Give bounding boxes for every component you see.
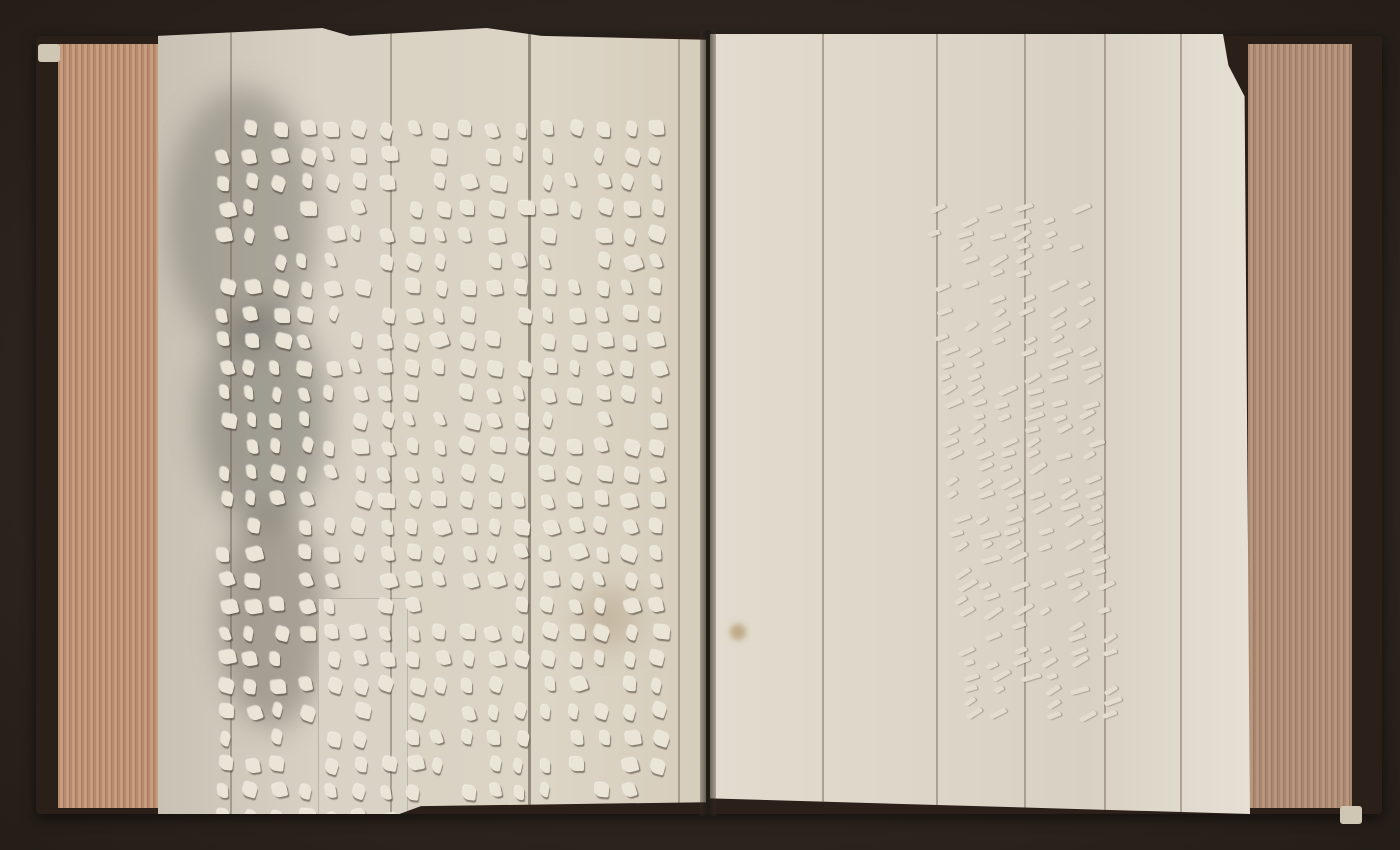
faint-mark — [983, 605, 1002, 620]
script-glyph — [651, 467, 667, 484]
script-glyph — [597, 466, 613, 482]
script-glyph — [324, 441, 335, 456]
faint-mark — [992, 336, 1005, 345]
script-glyph — [519, 201, 535, 215]
script-glyph — [218, 784, 228, 798]
faint-mark — [1012, 229, 1031, 243]
script-glyph — [405, 253, 423, 271]
faint-mark — [1010, 580, 1030, 592]
script-glyph — [647, 331, 664, 348]
script-glyph — [486, 546, 498, 562]
faint-mark — [945, 490, 957, 500]
faint-mark — [1031, 502, 1050, 515]
script-glyph — [270, 729, 283, 745]
script-glyph — [570, 573, 584, 589]
script-glyph — [405, 467, 418, 483]
script-glyph — [571, 625, 585, 639]
script-glyph — [622, 782, 637, 799]
faint-mark — [989, 253, 1007, 267]
script-glyph — [436, 650, 451, 666]
script-glyph — [490, 782, 503, 798]
faint-mark — [978, 462, 994, 473]
script-glyph — [620, 493, 638, 510]
script-glyph — [544, 571, 560, 587]
cover-corner — [1340, 806, 1362, 824]
faint-mark — [979, 581, 991, 590]
faint-mark — [941, 361, 954, 369]
script-glyph — [378, 334, 393, 350]
script-glyph — [459, 436, 476, 453]
faint-mark — [1082, 425, 1094, 436]
faint-mark — [1005, 539, 1021, 551]
script-glyph — [622, 279, 634, 295]
script-glyph — [325, 281, 343, 298]
faint-mark — [977, 490, 994, 500]
left-page — [158, 28, 706, 814]
faint-mark — [989, 707, 1008, 720]
faint-mark — [985, 204, 1001, 213]
faint-mark — [1060, 488, 1077, 501]
script-glyph — [408, 755, 426, 772]
script-glyph — [461, 173, 479, 191]
faint-mark — [993, 307, 1005, 317]
faint-mark — [927, 230, 940, 239]
script-glyph — [245, 598, 263, 614]
script-glyph — [462, 518, 477, 533]
script-glyph — [514, 386, 525, 401]
faint-mark — [992, 668, 1011, 682]
faint-mark — [1003, 527, 1019, 537]
script-glyph — [299, 705, 317, 723]
faint-mark — [1056, 422, 1072, 434]
script-glyph — [462, 786, 476, 801]
script-glyph — [381, 412, 395, 429]
script-glyph — [623, 305, 638, 320]
script-glyph — [246, 758, 261, 774]
script-glyph — [597, 282, 609, 297]
script-glyph — [652, 730, 671, 748]
faint-mark — [993, 685, 1004, 694]
faint-mark — [1005, 516, 1024, 526]
faint-mark — [954, 540, 969, 552]
script-glyph — [650, 546, 661, 561]
faint-mark — [956, 230, 974, 240]
faint-mark — [1029, 461, 1046, 475]
script-glyph — [651, 702, 668, 719]
script-glyph — [433, 678, 447, 694]
faint-mark — [1079, 345, 1096, 357]
script-glyph — [296, 361, 313, 377]
script-glyph — [569, 279, 581, 295]
faint-mark — [991, 320, 1010, 334]
script-glyph — [598, 385, 611, 400]
script-glyph — [378, 359, 393, 374]
script-glyph — [460, 625, 475, 639]
script-glyph — [542, 334, 557, 349]
script-glyph — [540, 705, 550, 720]
script-glyph — [593, 571, 605, 587]
faint-mark — [963, 673, 979, 683]
script-glyph — [592, 517, 607, 534]
faint-mark — [941, 383, 957, 396]
faint-mark — [1041, 242, 1052, 250]
faint-mark — [997, 384, 1016, 396]
script-glyph — [350, 120, 367, 137]
script-glyph — [407, 307, 424, 324]
script-glyph — [570, 599, 583, 615]
script-glyph — [245, 386, 254, 401]
script-glyph — [459, 384, 474, 400]
script-glyph — [488, 464, 505, 481]
script-glyph — [540, 651, 556, 668]
book-gutter — [700, 30, 716, 816]
script-glyph — [408, 438, 419, 453]
faint-mark — [1069, 243, 1083, 252]
script-glyph — [244, 120, 258, 136]
script-glyph — [514, 147, 523, 161]
faint-mark — [964, 321, 978, 333]
script-glyph — [594, 650, 605, 665]
script-glyph — [435, 254, 447, 270]
script-glyph — [490, 650, 506, 667]
faint-mark — [1039, 644, 1050, 653]
script-glyph — [408, 490, 423, 507]
faint-mark — [1048, 358, 1068, 370]
faint-mark — [1025, 425, 1040, 433]
script-glyph — [462, 705, 476, 721]
script-glyph — [274, 309, 289, 323]
script-glyph — [512, 626, 524, 641]
script-glyph — [459, 333, 476, 350]
faint-mark — [954, 513, 972, 523]
script-glyph — [542, 175, 554, 191]
faint-mark — [1081, 360, 1100, 370]
faint-mark — [1049, 374, 1067, 384]
script-glyph — [486, 332, 501, 347]
script-glyph — [515, 786, 524, 800]
faint-mark — [998, 413, 1011, 422]
script-glyph — [596, 307, 609, 323]
script-glyph — [433, 359, 445, 373]
script-glyph — [325, 175, 341, 192]
script-glyph — [490, 254, 502, 268]
script-glyph — [488, 571, 507, 589]
script-glyph — [462, 280, 476, 294]
script-glyph — [353, 173, 367, 188]
script-glyph — [517, 124, 526, 138]
script-glyph — [406, 279, 421, 294]
script-glyph — [459, 228, 471, 243]
faint-mark — [985, 631, 1002, 642]
script-glyph — [542, 388, 557, 404]
script-glyph — [619, 545, 639, 564]
faint-mark — [1085, 474, 1101, 485]
script-glyph — [598, 173, 611, 189]
script-glyph — [648, 306, 660, 321]
script-glyph — [518, 361, 532, 377]
faint-mark — [955, 567, 972, 581]
script-glyph — [620, 173, 635, 190]
stain — [218, 508, 328, 728]
script-glyph — [624, 229, 637, 245]
faint-mark — [1029, 400, 1043, 409]
faint-mark — [1059, 477, 1071, 485]
faint-mark — [964, 659, 976, 667]
faint-mark — [980, 555, 1000, 565]
faint-mark — [1069, 620, 1084, 632]
script-glyph — [272, 781, 288, 798]
script-glyph — [435, 227, 447, 243]
script-glyph — [245, 491, 255, 506]
script-glyph — [325, 252, 337, 268]
faint-mark — [1000, 476, 1020, 490]
left-page-block-edge — [58, 44, 168, 808]
script-glyph — [624, 677, 637, 692]
faint-mark — [985, 661, 998, 671]
script-glyph — [491, 176, 508, 192]
script-glyph — [302, 173, 312, 188]
script-glyph — [325, 600, 335, 614]
script-glyph — [300, 412, 309, 426]
right-page — [710, 34, 1250, 814]
script-glyph — [626, 121, 638, 136]
script-glyph — [408, 120, 421, 136]
script-glyph — [512, 492, 524, 507]
faint-mark — [1091, 530, 1105, 541]
script-glyph — [383, 521, 394, 536]
script-glyph — [355, 386, 369, 402]
script-glyph — [382, 440, 396, 456]
script-glyph — [487, 280, 503, 296]
stain — [730, 624, 746, 640]
faint-mark — [1024, 411, 1044, 422]
script-glyph — [567, 440, 581, 455]
script-glyph — [650, 121, 665, 136]
right-page-block-edge — [1248, 44, 1352, 808]
faint-mark — [1050, 320, 1065, 331]
faint-mark — [945, 426, 959, 437]
script-glyph — [270, 414, 281, 428]
script-glyph — [381, 653, 395, 668]
script-glyph — [409, 202, 423, 218]
script-glyph — [217, 547, 229, 561]
script-glyph — [463, 573, 479, 590]
script-glyph — [625, 201, 641, 216]
faint-mark — [1086, 490, 1104, 500]
script-glyph — [323, 386, 334, 401]
faint-mark — [1053, 347, 1073, 358]
script-glyph — [625, 730, 642, 746]
script-glyph — [598, 547, 609, 562]
script-glyph — [242, 781, 259, 798]
script-glyph — [325, 573, 339, 589]
script-glyph — [437, 202, 451, 217]
faint-mark — [1047, 672, 1058, 680]
script-glyph — [247, 439, 258, 454]
script-glyph — [622, 756, 640, 773]
faint-mark — [1079, 710, 1097, 723]
script-glyph — [327, 361, 342, 377]
script-glyph — [569, 120, 584, 137]
script-glyph — [621, 385, 637, 401]
script-glyph — [597, 198, 615, 216]
script-glyph — [354, 491, 373, 509]
script-glyph — [432, 546, 446, 562]
script-glyph — [490, 438, 506, 453]
script-glyph — [351, 198, 366, 215]
faint-mark — [1026, 449, 1040, 459]
faint-mark — [930, 203, 947, 215]
script-glyph — [513, 702, 528, 719]
script-glyph — [622, 705, 637, 722]
script-glyph — [219, 467, 229, 482]
script-glyph — [243, 679, 256, 694]
script-glyph — [650, 279, 662, 294]
script-glyph — [490, 756, 503, 772]
script-glyph — [461, 201, 474, 215]
script-glyph — [569, 543, 589, 561]
script-glyph — [648, 649, 665, 666]
faint-mark — [969, 421, 985, 435]
fold-line — [822, 34, 824, 814]
script-glyph — [652, 414, 668, 429]
script-glyph — [460, 359, 478, 376]
script-glyph — [324, 123, 340, 137]
faint-mark — [1008, 488, 1025, 498]
script-glyph — [593, 703, 610, 720]
script-glyph — [650, 573, 662, 589]
faint-mark — [968, 373, 981, 382]
script-glyph — [378, 467, 391, 483]
fold-line — [1180, 34, 1182, 814]
faint-mark — [961, 216, 978, 228]
script-glyph — [270, 679, 286, 694]
script-glyph — [568, 705, 579, 720]
script-glyph — [383, 147, 399, 162]
faint-mark — [1039, 527, 1054, 536]
script-glyph — [489, 201, 506, 217]
script-glyph — [434, 411, 447, 427]
faint-mark — [1064, 513, 1083, 528]
script-glyph — [540, 545, 551, 560]
script-glyph — [406, 571, 422, 587]
faint-mark — [1011, 218, 1031, 228]
script-glyph — [351, 517, 367, 534]
cover-corner — [38, 44, 60, 62]
faint-mark — [1045, 230, 1057, 239]
script-glyph — [274, 123, 288, 137]
faint-mark — [1060, 502, 1080, 512]
script-glyph — [380, 255, 394, 271]
faint-mark — [958, 241, 971, 252]
faint-mark — [1005, 503, 1017, 512]
script-glyph — [406, 653, 418, 668]
faint-mark — [1070, 686, 1090, 696]
faint-mark — [947, 449, 963, 461]
script-glyph — [459, 121, 472, 135]
script-glyph — [570, 756, 584, 770]
script-glyph — [379, 386, 392, 401]
faint-mark — [1042, 216, 1055, 225]
script-glyph — [461, 307, 476, 323]
script-glyph — [620, 362, 634, 377]
script-glyph — [355, 280, 372, 297]
script-glyph — [571, 731, 583, 746]
script-glyph — [565, 467, 583, 484]
faint-mark — [972, 437, 984, 446]
faint-mark — [1056, 452, 1071, 461]
faint-mark — [1075, 318, 1090, 331]
script-glyph — [541, 759, 550, 773]
faint-mark — [948, 529, 962, 538]
script-glyph — [544, 149, 552, 163]
script-glyph — [543, 308, 552, 322]
faint-mark — [971, 361, 983, 370]
faint-mark — [989, 268, 1003, 277]
script-glyph — [545, 359, 557, 373]
script-glyph — [301, 282, 313, 297]
faint-mark — [941, 345, 958, 356]
script-glyph — [460, 464, 476, 481]
script-glyph — [623, 439, 641, 457]
faint-mark — [1050, 333, 1064, 344]
script-glyph — [540, 783, 551, 798]
script-glyph — [410, 627, 421, 642]
faint-mark — [1072, 590, 1089, 604]
script-glyph — [570, 202, 582, 218]
faint-mark — [1072, 203, 1092, 215]
script-glyph — [514, 280, 527, 295]
script-glyph — [407, 544, 421, 559]
faint-mark — [977, 450, 994, 461]
script-glyph — [650, 253, 663, 269]
script-glyph — [325, 624, 339, 639]
faint-mark — [981, 540, 992, 550]
script-glyph — [652, 200, 665, 215]
script-glyph — [625, 253, 645, 272]
faint-mark — [1079, 296, 1094, 308]
script-glyph — [221, 491, 234, 507]
script-glyph — [324, 464, 338, 480]
script-glyph — [540, 466, 555, 481]
script-glyph — [351, 332, 362, 347]
script-glyph — [570, 675, 589, 693]
script-glyph — [434, 173, 446, 188]
script-glyph — [542, 228, 558, 244]
script-glyph — [270, 652, 280, 666]
script-glyph — [597, 229, 613, 244]
script-glyph — [431, 149, 448, 164]
script-glyph — [599, 731, 609, 745]
script-glyph — [403, 334, 421, 351]
script-glyph — [407, 731, 419, 745]
script-glyph — [652, 360, 670, 378]
faint-mark — [1091, 503, 1102, 512]
script-glyph — [242, 651, 258, 667]
script-glyph — [647, 224, 666, 242]
script-glyph — [328, 225, 346, 242]
script-glyph — [648, 148, 662, 164]
fold-line — [1104, 34, 1106, 814]
script-glyph — [406, 520, 418, 535]
script-glyph — [490, 493, 501, 507]
faint-mark — [1026, 437, 1040, 449]
script-glyph — [463, 651, 476, 667]
script-glyph — [488, 677, 504, 694]
faint-mark — [1104, 696, 1122, 707]
script-glyph — [297, 307, 314, 323]
script-glyph — [410, 228, 425, 243]
